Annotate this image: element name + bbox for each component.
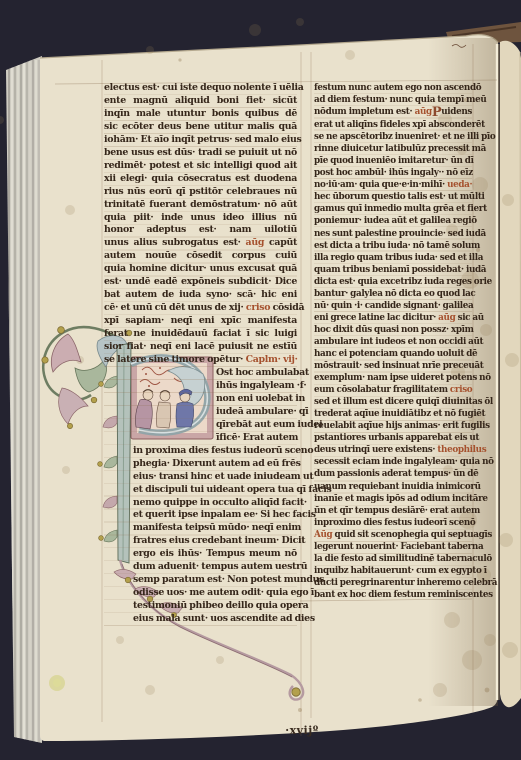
manuscript-text-line: semp paratum est· Non potest mundus (133, 574, 297, 587)
manuscript-text-line: testimoniū phibeo deillo quia opera (133, 600, 297, 613)
manuscript-text-line: eius mala sunt· uos ascendite ad dies (133, 613, 297, 626)
manuscript-text-line: electus est· cui iste dequo nolente ī uē… (104, 82, 297, 95)
manuscript-text-line: xpī sapiam· neqī eni xpīc manifesta (104, 315, 297, 328)
manuscript-text-line: mōstrauit· sed insinuat nrīe preceuāt (314, 360, 472, 372)
manuscript-text-line: gamus quī inmedio multa grēa et fiert (314, 203, 472, 215)
manuscript-text-line: inquibz habitauerunt· cum ex egypto ī (314, 565, 472, 577)
manuscript-text-line: eum cōsolabatur fragilitatem criso (314, 384, 472, 396)
manuscript-text-line: inproximo dies festus iudeorī scenō (314, 517, 472, 529)
manuscript-text-line: sic ecōter deus bene utitur malis quā (104, 121, 297, 134)
manuscript-text-line: cē· et unū cū dēt unus de xij· criso cōs… (104, 302, 297, 315)
manuscript-text-line: post hoc ambūl· ihūs ingaly·· nō eīz (314, 167, 472, 179)
manuscript-text-line: phegia· Dixerunt autem ad eū frēs (133, 458, 297, 471)
manuscript-text-line: exemplum· nam ipse uideret potens nō (314, 372, 472, 384)
manuscript-text-line: quia piit· inde unus ideo illius nū (104, 212, 297, 225)
manuscript-text-line: dicta est· quia excetribz iuda reges ori… (314, 276, 472, 288)
manuscript-text-line: iudeā ambulare· qī (216, 406, 297, 419)
manuscript-text-line: poniemur· iudea aūt et galilea regiō (314, 215, 472, 227)
manuscript-text-line: est dicta a tribu iuda· nō tamē solum (314, 240, 472, 252)
manuscript-text-line: et discipuli tui uideant opera tua qī fa… (133, 484, 297, 497)
manuscript-text-line: eius· transi hinc et uade iniudeam ut (133, 471, 297, 484)
manuscript-text-line: no·iū·am· quia que·e·in·mihī· ueda· (314, 179, 472, 191)
manuscript-text-line: in proxima dies festus iudeorū sceno (133, 445, 297, 458)
manuscript-text-line: hec ūborum questio talis est· ut mūlti (314, 191, 472, 203)
manuscript-text-line: ducti peregrinarentur inheremo celebrā (314, 577, 472, 589)
quire-signature: ·xvijº (272, 724, 332, 737)
manuscript-text-line: pstantiores urbanis apparebat eis ut (314, 432, 472, 444)
text-column-left: electus est· cui iste dequo nolente ī uē… (104, 82, 297, 626)
manuscript-text-line: unus alius subrogatus est· aūg capūt (104, 237, 297, 250)
manuscript-text-line: bant ex hoc diem festum reminiscentes (314, 589, 472, 601)
manuscript-text-line: sed et illum est dicere quiqī diuinitas … (314, 396, 472, 408)
manuscript-text-line: ferat ne inuidēdauū faciat ī sic luigi (104, 328, 297, 341)
manuscript-text-line: Ost hoc ambulabat (216, 367, 297, 380)
manuscript-text-line: nemo quippe in occulto aliqīd facit· (133, 497, 297, 510)
manuscript-text-line: ente magnū aliquid boni fiet· sicūt (104, 95, 297, 108)
manuscript-text-line: Aūg quid sit scenophegia qui septuagīs (314, 529, 472, 541)
manuscript-text-line: qīrebāt aut eum iudei (216, 419, 297, 432)
manuscript-text-line: quia homine dicitur· unus excusat quā (104, 263, 297, 276)
manuscript-text-line: ūn et qīr tempus desiārē· erat autem (314, 505, 472, 517)
manuscript-text-line: est· undē eadē expōneis subdicit· Dice (104, 276, 297, 289)
manuscript-text-line: dum aduenit· tempus autem uestrū (133, 561, 297, 574)
manuscript-text-line: hanc ei potenciam quando uoluit dē (314, 348, 472, 360)
manuscript-text-line: nū· quin ·i· candide signant· galilea (314, 300, 472, 312)
manuscript-text-line: iohām· Et aīo inqīt petrus· sed malo eiu… (104, 134, 297, 147)
manuscript-text-line: deus utrinqī uere existens· theophilus (314, 444, 472, 456)
manuscript-text-line: erat ut aliqīns fideles xpī absconderēt (314, 119, 472, 131)
text-column-right: festum nunc autem ego non ascendōad diem… (314, 82, 472, 601)
manuscript-text-line: ambulare int iudeos et non occidi aūt (314, 336, 472, 348)
manuscript-text-line: bene usus est dūs· tradi se puiuit ut nō (104, 147, 297, 160)
manuscript-text-line: rinne diuicetur latibulūz precessit mā (314, 143, 472, 155)
manuscript-text-line: et querit ipse inpalam ee· Si hec facis (133, 509, 297, 522)
manuscript-text-line: nes sunt palestine prouincie· sed iudā (314, 228, 472, 240)
manuscript-text-line: trederat aqīue inuidiātibz et nō fugiēt (314, 408, 472, 420)
manuscript-text-line: reuelabit aqīue hijs animas· erit fugili… (314, 420, 472, 432)
manuscript-text-line: redimēt· potest et sic intelligi quod ai… (104, 160, 297, 173)
manuscript-text-line: se latere sine timore opētur· Caplm· vij… (104, 354, 297, 367)
manuscript-text-line: inqīn male utuntur bonis quibus dē (104, 108, 297, 121)
manuscript-text-line: xii elegi· quia cōsecratus est duodena (104, 173, 297, 186)
manuscript-text-line: trinitatē fuerant demōstratum· nō aūt (104, 199, 297, 212)
manuscript-text-line: odisse uos· me autem odit· quia ego ī (133, 587, 297, 600)
facing-page-edge (500, 41, 521, 707)
manuscript-photo-scene: { "scene": { "backdrop_color": "#242330"… (0, 0, 521, 760)
manuscript-text-line: pīe quod inueniēo imitaretur· ūn dī (314, 155, 472, 167)
manuscript-text-line: autem nouūe cōsedit corpus cuiū (104, 250, 297, 263)
manuscript-text-line: festum nunc autem ego non ascendō (314, 82, 472, 94)
manuscript-text-line: quam tribus beniamī possidebat· iudā (314, 264, 472, 276)
manuscript-text-line: se ne apscētoribz inueniret· et ne illi … (314, 131, 472, 143)
manuscript-text-line: ergo eis ihūs· Tempus meum nō (133, 548, 297, 561)
manuscript-text-line: dum passionis aderat tempus· ūn dē (314, 468, 472, 480)
manuscript-text-line: la die festo ad similitudinē tabernaculō (314, 553, 472, 565)
manuscript-text-line: eni grece latine lac dicitur· aūg sic aū (314, 312, 472, 324)
photo-backdrop: electus est· cui iste dequo nolente ī uē… (0, 0, 521, 760)
manuscript-text-line: non eni uolebat in (216, 393, 297, 406)
manuscript-text-line: ad diem festum· nunc quia tempī meū (314, 94, 472, 106)
manuscript-text-line: rius nūs eorū qī pstitōr celebraues nū (104, 186, 297, 199)
manuscript-text-line: bantur· galylea nō dicta eo quod lac (314, 288, 472, 300)
manuscript-text-line: legerunt nouerint· Faciebant taberna (314, 541, 472, 553)
manuscript-text-line: īficē· Erat autem (216, 432, 297, 445)
manuscript-text-line: hoc dixit dūs quasi non possz· xpīm (314, 324, 472, 336)
manuscript-text-line: manifesta teipsū mūdo· neqī enim (133, 522, 297, 535)
manuscript-text-line: inanīe et magis ipōs ad odium incitāre (314, 493, 472, 505)
manuscript-text-line: nōdum impletum est· aūgPuidens (314, 106, 472, 119)
manuscript-text-line: honor adeptus est· nam uilotiū (104, 224, 297, 237)
manuscript-text-line: secessit eciam inde ingalyleam· quia nō (314, 456, 472, 468)
manuscript-text-line: bat autem de iuda syno· scā· hic eni (104, 289, 297, 302)
manuscript-text-line: sior fiat· neqī eni lacē puiusit ne estī… (104, 341, 297, 354)
manuscript-text-line: fratres eius credebant ineum· Dicit (133, 535, 297, 548)
manuscript-text-line: illa regio quam tribus iuda· sed et illa (314, 252, 472, 264)
manuscript-text-line: uanum requiebant inuidia inimicorū (314, 481, 472, 493)
manuscript-text-line: ihūs ingalyleam ·f· (216, 380, 297, 393)
